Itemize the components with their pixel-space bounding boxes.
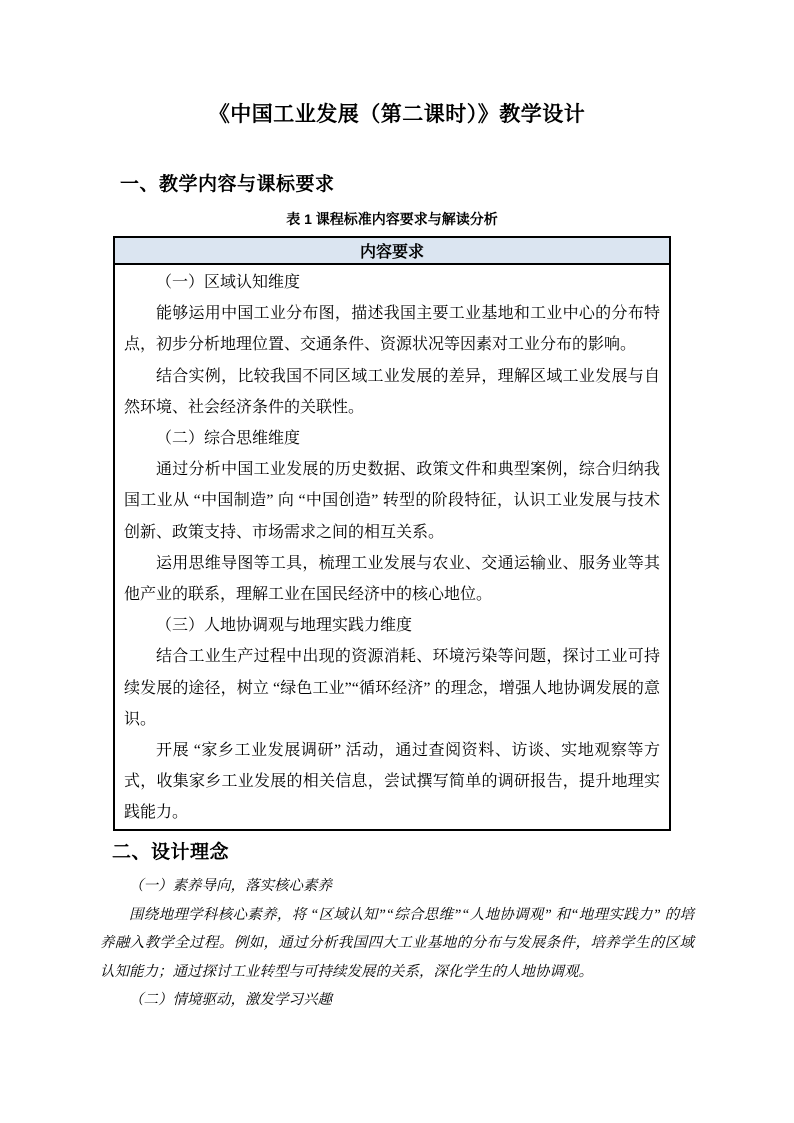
section-1-heading: 一、教学内容与课标要求	[120, 172, 694, 197]
table-paragraph: 开展 “家乡工业发展调研” 活动，通过查阅资料、访谈、实地观察等方式，收集家乡工…	[124, 735, 660, 829]
section-2-paragraph: （一）素养导向，落实核心素养	[100, 872, 694, 901]
table-caption: 表 1 课程标准内容要求与解读分析	[113, 210, 671, 229]
table-paragraph: 通过分析中国工业发展的历史数据、政策文件和典型案例，综合归纳我国工业从 “中国制…	[124, 454, 660, 548]
table-paragraph: 结合实例，比较我国不同区域工业发展的差异，理解区域工业发展与自然环境、社会经济条…	[124, 361, 660, 423]
table-paragraph: （三）人地协调观与地理实践力维度	[124, 610, 660, 641]
table-body-row: （一）区域认知维度 能够运用中国工业分布图，描述我国主要工业基地和工业中心的分布…	[114, 264, 670, 830]
table-paragraph: （一）区域认知维度	[124, 267, 660, 298]
table-body-cell: （一）区域认知维度 能够运用中国工业分布图，描述我国主要工业基地和工业中心的分布…	[114, 264, 670, 830]
section-2-heading: 二、设计理念	[112, 840, 694, 865]
section-2-body: （一）素养导向，落实核心素养 围绕地理学科核心素养，将 “区域认知”“综合思维”…	[100, 872, 694, 1015]
table-paragraph: （二）综合思维维度	[124, 423, 660, 454]
document-title: 《中国工业发展（第二课时）》教学设计	[100, 0, 694, 128]
table-header-cell: 内容要求	[114, 237, 670, 264]
document-page: 《中国工业发展（第二课时）》教学设计 一、教学内容与课标要求 表 1 课程标准内…	[0, 0, 794, 1123]
table-paragraph: 运用思维导图等工具，梳理工业发展与农业、交通运输业、服务业等其他产业的联系，理解…	[124, 548, 660, 610]
table-header-row: 内容要求	[114, 237, 670, 264]
section-2-paragraph: （二）情境驱动，激发学习兴趣	[100, 986, 694, 1015]
table-paragraph: 能够运用中国工业分布图，描述我国主要工业基地和工业中心的分布特点，初步分析地理位…	[124, 298, 660, 360]
section-2-paragraph: 围绕地理学科核心素养，将 “区域认知”“综合思维”“人地协调观” 和“地理实践力…	[100, 901, 694, 987]
table-paragraph: 结合工业生产过程中出现的资源消耗、环境污染等问题，探讨工业可持续发展的途径，树立…	[124, 641, 660, 735]
content-table: 内容要求 （一）区域认知维度 能够运用中国工业分布图，描述我国主要工业基地和工业…	[113, 236, 671, 831]
